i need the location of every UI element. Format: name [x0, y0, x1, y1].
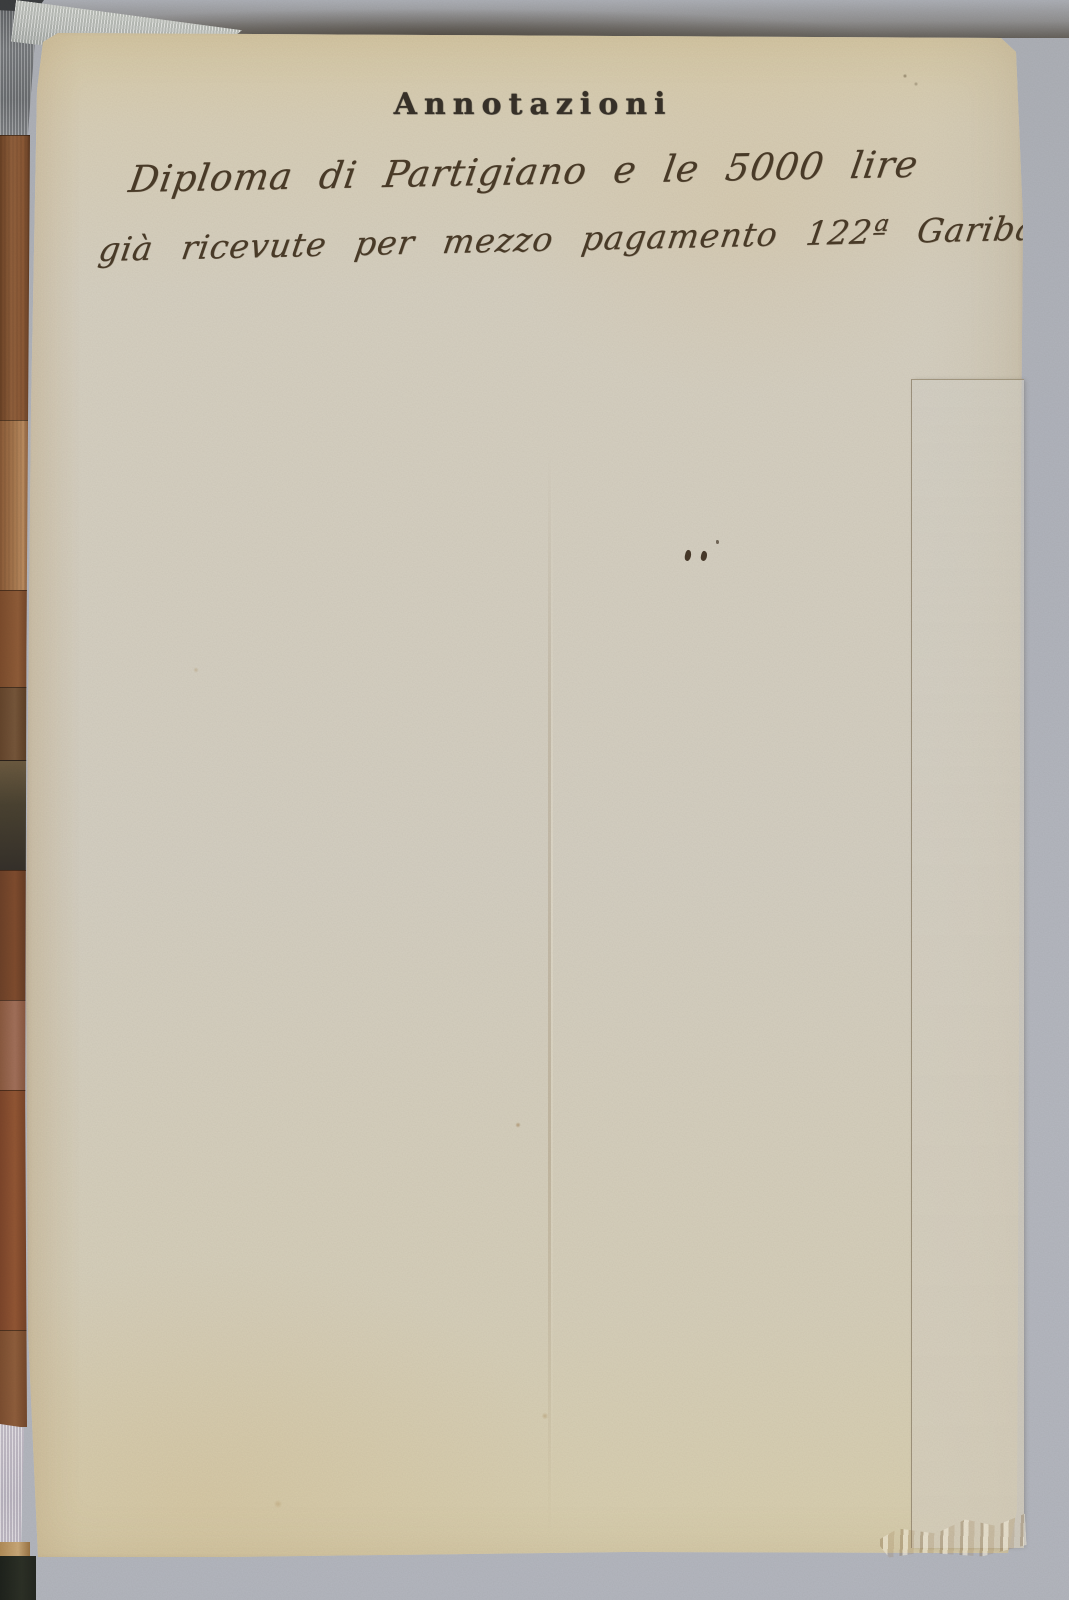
handwritten-note-line1: Diploma di Partigiano e le 5000 lire — [126, 143, 922, 201]
paper-crease — [548, 450, 551, 1540]
ink-mark — [684, 549, 692, 561]
document-page: Annotazioni Diploma di Partigiano e le 5… — [26, 30, 1024, 1560]
spine-wood-segment — [0, 590, 30, 688]
page-title: Annotazioni — [34, 90, 1032, 120]
spine-wood-segment — [0, 135, 30, 421]
spine-wood-segment — [0, 687, 30, 761]
spine-wood-segment — [0, 760, 30, 871]
ink-speck — [716, 540, 719, 544]
attached-translucent-slip — [911, 379, 1024, 1548]
spine-fabric-bottom — [0, 1424, 24, 1546]
scanned-notebook-page: Annotazioni Diploma di Partigiano e le 5… — [0, 0, 1069, 1600]
spine-wood-segment — [0, 870, 30, 1001]
handwritten-note-line2: già ricevute per mezzo pagamento 122ª Ga… — [96, 207, 1069, 269]
ink-mark — [700, 550, 708, 561]
spine-wood-stack — [0, 135, 30, 1427]
spine-wood-segment — [0, 420, 30, 591]
spine-wood-segment — [0, 1330, 30, 1428]
spine-dark-block — [0, 1556, 36, 1600]
